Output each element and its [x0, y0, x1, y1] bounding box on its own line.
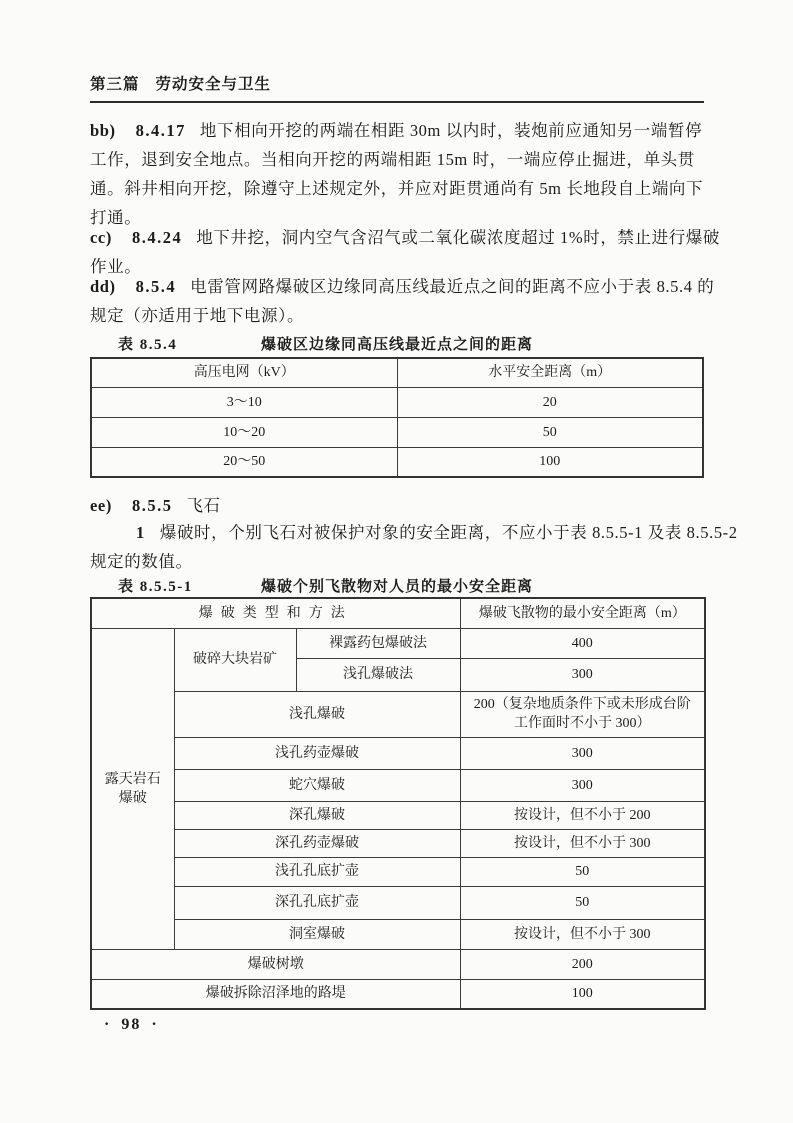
paragraph-text: 电雷管网路爆破区边缘同高压线最近点之间的距离不应小于表 8.5.4 的 [190, 277, 714, 296]
table-cell-method: 浅孔药壶爆破 [174, 737, 460, 769]
table-row: 浅孔药壶爆破 300 [91, 737, 705, 769]
table-row: 20～50 100 [91, 447, 703, 477]
table-cell-grid: 10～20 [91, 417, 397, 447]
paragraph-line: dd)8.5.4电雷管网路爆破区边缘同高压线最近点之间的距离不应小于表 8.5.… [90, 272, 704, 301]
table-cell-distance: 100 [397, 447, 703, 477]
item-label: dd) [90, 277, 116, 296]
flyrock-distance-table: 爆破类型和方法 爆破飞散物的最小安全距离（m） 露天岩石爆破 破碎大块岩矿 裸露… [90, 597, 706, 1010]
table-cell-distance: 50 [460, 886, 705, 919]
paragraph-line: 1爆破时，个别飞石对被保护对象的安全距离，不应小于表 8.5.5-1 及表 8.… [90, 518, 704, 547]
table-cell-distance: 100 [460, 979, 705, 1009]
table-cell-method: 洞室爆破 [174, 919, 460, 949]
clause-number: 8.5.4 [136, 277, 177, 296]
table-cell-method: 深孔药壶爆破 [174, 829, 460, 857]
table-header-row: 高压电网（kV） 水平安全距离（m） [91, 358, 703, 387]
table-row: 3～10 20 [91, 387, 703, 417]
table-cell-distance: 按设计，但不小于 200 [460, 801, 705, 829]
table-cell-method: 深孔爆破 [174, 801, 460, 829]
column-header-type-method: 爆破类型和方法 [91, 598, 460, 628]
paragraph-dd: dd)8.5.4电雷管网路爆破区边缘同高压线最近点之间的距离不应小于表 8.5.… [90, 272, 704, 330]
clause-number: 8.4.24 [132, 228, 182, 247]
paragraph-line: 工作，退到安全地点。当相向开挖的两端相距 15m 时，一端应停止掘进，单头贯 [90, 145, 704, 174]
table-header-row: 爆破类型和方法 爆破飞散物的最小安全距离（m） [91, 598, 705, 628]
table-cell-distance: 200 [460, 949, 705, 979]
table-cell-distance: 按设计，但不小于 300 [460, 829, 705, 857]
table-row: 洞室爆破 按设计，但不小于 300 [91, 919, 705, 949]
paragraph-line: 通。斜井相向开挖，除遵守上述规定外，并应对距贯通尚有 5m 长地段自上端向下 [90, 174, 704, 203]
paragraph-line: ee)8.5.5飞石 [90, 491, 704, 520]
table-row: 10～20 50 [91, 417, 703, 447]
item-label: ee) [90, 496, 112, 515]
table-row: 露天岩石爆破 破碎大块岩矿 裸露药包爆破法 400 [91, 628, 705, 658]
table-cell-method: 浅孔爆破法 [296, 658, 460, 691]
table-cell-method: 浅孔爆破 [174, 691, 460, 737]
page-header: 第三篇劳动安全与卫生 [90, 72, 704, 103]
paragraph-text: 地下井挖，洞内空气含沼气或二氧化碳浓度超过 1%时，禁止进行爆破 [196, 228, 720, 247]
paragraph-line: 规定的数值。 [90, 547, 704, 576]
column-header-grid: 高压电网（kV） [91, 358, 397, 387]
table-cell-method: 蛇穴爆破 [174, 769, 460, 801]
page-number-footer: ·98· [90, 1016, 704, 1034]
table-854-caption: 表 8.5.4 爆破区边缘同高压线最近点之间的距离 [90, 333, 704, 355]
table-row: 爆破树墩 200 [91, 949, 705, 979]
table-cell-method: 裸露药包爆破法 [296, 628, 460, 658]
table-8551-caption: 表 8.5.5-1 爆破个别飞散物对人员的最小安全距离 [90, 575, 704, 597]
section-part-label: 第三篇 [90, 76, 140, 93]
table-cell-distance: 200（复杂地质条件下或未形成台阶工作面时不小于 300） [460, 691, 705, 737]
footer-dot-left: · [104, 1016, 111, 1033]
clause-number: 8.5.5 [132, 496, 173, 515]
table-cell-group: 露天岩石爆破 [91, 628, 174, 949]
paragraph-ee-sub: 1爆破时，个别飞石对被保护对象的安全距离，不应小于表 8.5.5-1 及表 8.… [90, 518, 704, 576]
paragraph-line: cc)8.4.24地下井挖，洞内空气含沼气或二氧化碳浓度超过 1%时，禁止进行爆… [90, 223, 704, 252]
table-cell-subgroup: 破碎大块岩矿 [174, 628, 296, 691]
column-header-distance: 水平安全距离（m） [397, 358, 703, 387]
column-header-distance: 爆破飞散物的最小安全距离（m） [460, 598, 705, 628]
table-cell-method: 爆破拆除沼泽地的路堤 [91, 979, 460, 1009]
table-row: 深孔药壶爆破 按设计，但不小于 300 [91, 829, 705, 857]
paragraph-text: 地下相向开挖的两端在相距 30m 以内时，装炮前应通知另一端暂停 [200, 121, 702, 140]
table-cell-method: 深孔孔底扩壶 [174, 886, 460, 919]
table-caption-title: 爆破区边缘同高压线最近点之间的距离 [90, 333, 704, 354]
table-cell-method: 浅孔孔底扩壶 [174, 857, 460, 886]
section-title: 劳动安全与卫生 [156, 76, 272, 93]
item-label: bb) [90, 121, 116, 140]
paragraph-line: 规定（亦适用于地下电源）。 [90, 301, 704, 330]
table-cell-grid: 20～50 [91, 447, 397, 477]
table-cell-distance: 300 [460, 737, 705, 769]
table-row: 蛇穴爆破 300 [91, 769, 705, 801]
table-row: 深孔孔底扩壶 50 [91, 886, 705, 919]
paragraph-line: bb)8.4.17地下相向开挖的两端在相距 30m 以内时，装炮前应通知另一端暂… [90, 116, 704, 145]
paragraph-text: 爆破时，个别飞石对被保护对象的安全距离，不应小于表 8.5.5-1 及表 8.5… [160, 523, 738, 542]
footer-dot-right: · [151, 1016, 158, 1033]
page-number: 98 [121, 1016, 141, 1033]
table-row: 深孔爆破 按设计，但不小于 200 [91, 801, 705, 829]
table-cell-grid: 3～10 [91, 387, 397, 417]
paragraph-bb: bb)8.4.17地下相向开挖的两端在相距 30m 以内时，装炮前应通知另一端暂… [90, 116, 704, 232]
table-cell-distance: 300 [460, 769, 705, 801]
table-caption-label: 表 8.5.4 [118, 333, 177, 354]
clause-number: 8.4.17 [136, 121, 186, 140]
table-cell-distance: 50 [397, 417, 703, 447]
item-label: cc) [90, 228, 112, 247]
sub-item-number: 1 [136, 523, 145, 542]
paragraph-text: 飞石 [186, 496, 220, 515]
table-cell-distance: 50 [460, 857, 705, 886]
hv-line-distance-table: 高压电网（kV） 水平安全距离（m） 3～10 20 10～20 50 20～5… [90, 357, 704, 478]
document-page: 第三篇劳动安全与卫生 bb)8.4.17地下相向开挖的两端在相距 30m 以内时… [0, 0, 793, 1123]
table-row: 爆破拆除沼泽地的路堤 100 [91, 979, 705, 1009]
table-row: 浅孔爆破 200（复杂地质条件下或未形成台阶工作面时不小于 300） [91, 691, 705, 737]
table-caption-label: 表 8.5.5-1 [118, 575, 193, 596]
table-cell-distance: 400 [460, 628, 705, 658]
table-cell-method: 爆破树墩 [91, 949, 460, 979]
table-row: 浅孔孔底扩壶 50 [91, 857, 705, 886]
table-cell-distance: 300 [460, 658, 705, 691]
table-cell-distance: 按设计，但不小于 300 [460, 919, 705, 949]
paragraph-ee: ee)8.5.5飞石 [90, 491, 704, 520]
table-cell-distance: 20 [397, 387, 703, 417]
